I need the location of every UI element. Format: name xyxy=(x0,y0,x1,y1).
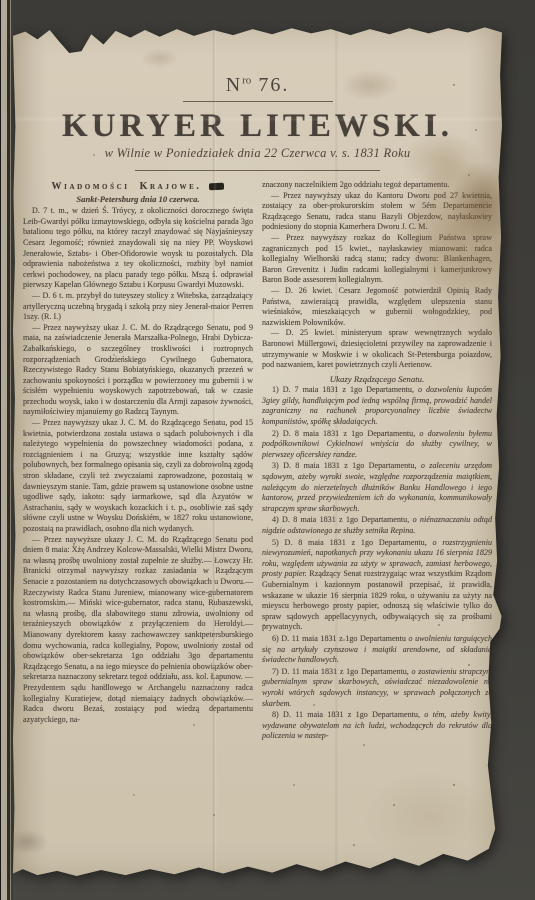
ink-blot-icon xyxy=(209,183,224,191)
ukaz-lead: 7) D. 11 maia 1831 z 1go Departamentu, xyxy=(272,667,412,676)
ukaz-item: 5) D. 8 maia 1831 z 1go Departamentu, o … xyxy=(262,538,492,633)
ukaz-lead: 4) D. 8 maia 1831 z 1go Departamentu, xyxy=(272,515,413,524)
newspaper-page: Nro 76. KURYER LITEWSKI. w Wilnie w Poni… xyxy=(13,24,502,876)
ukaz-lead: 6) D. 11 maia 1831 z 1go Departamentu xyxy=(272,634,408,643)
paper-specks xyxy=(13,24,15,26)
ukaz-item: 4) D. 8 maia 1831 z 1go Departamentu, o … xyxy=(262,515,492,536)
issue-number: Nro 76. xyxy=(13,74,502,97)
ukaz-lead: 5) D. 8 maia 1831 z 1go Departamentu, xyxy=(272,538,433,547)
section-header: Wiadomości Krajowe. xyxy=(23,182,253,193)
news-paragraph: znaczony naczelnikiem 2go oddziału tegoż… xyxy=(262,180,492,191)
ukaz-lead: 1) D. 7 maia 1831 z 1go Departamentu, xyxy=(272,385,418,394)
news-paragraph: D. 7 t. m., w dzień Ś. Tróycy, z okolicz… xyxy=(23,206,253,291)
section-header-label: Wiadomości Krajowe. xyxy=(52,181,202,192)
article-dateline: Sankt-Petersburg dnia 10 czerwca. xyxy=(23,194,253,205)
book-binding-edge xyxy=(0,0,13,900)
issue-value: 76. xyxy=(251,74,289,96)
right-column: znaczony naczelnikiem 2go oddziału tegoż… xyxy=(262,180,492,742)
ukaz-tail: Rządzący Senat rozstrzygaiąc wraz wszyst… xyxy=(262,569,492,631)
news-paragraph: — Przez naywyższy ukaz do Kantoru Dworu … xyxy=(262,191,492,233)
issue-superscript: ro xyxy=(242,74,251,86)
ukaz-item: 7) D. 11 maia 1831 z 1go Departamentu, o… xyxy=(262,667,492,709)
ukaz-item: 1) D. 7 maia 1831 z 1go Departamentu, o … xyxy=(262,385,492,427)
ukaz-item: 8) D. 11 maia 1831 z 1go Departamentu, o… xyxy=(262,710,492,742)
news-paragraph: — D. 6 t. m. przybył do tuteyszey stolic… xyxy=(23,291,253,323)
news-paragraph: — Przez naywyższy ukaz J. C. M. do Rządz… xyxy=(23,323,253,418)
left-column: Wiadomości Krajowe. Sankt-Petersburg dni… xyxy=(23,180,253,742)
masthead-dateline: w Wilnie w Poniedziałek dnia 22 Czerwca … xyxy=(13,146,502,161)
news-paragraph: — Przez naywyższy rozkaz do Kollegium Pa… xyxy=(262,233,492,286)
ukazy-section-header: Ukazy Rządzącego Senatu. xyxy=(262,374,492,385)
ukaz-lead: 2) D. 8 maia 1831 z 1go Departamentu, xyxy=(272,429,419,438)
masthead-title: KURYER LITEWSKI. xyxy=(13,108,502,144)
news-paragraph: — Przez naywyższe ukazy J. C. M. do Rząd… xyxy=(23,535,253,726)
ukaz-item: 6) D. 11 maia 1831 z 1go Departamentu o … xyxy=(262,634,492,666)
news-paragraph: — D. 25 kwiet. ministeryum spraw wewnętr… xyxy=(262,328,492,370)
issue-prefix: N xyxy=(226,74,242,96)
news-paragraph: — D. 26 kwiet. Cesarz Jegomość potwierdz… xyxy=(262,286,492,328)
masthead: Nro 76. KURYER LITEWSKI. w Wilnie w Poni… xyxy=(13,24,502,171)
ukaz-lead: 3) D. 8 maia 1831 z 1go Departamentu, xyxy=(272,461,421,470)
ukaz-lead: 8) D. 11 maia 1831 z 1go Departamentu, xyxy=(272,710,424,719)
masthead-divider-bottom xyxy=(135,170,380,171)
text-columns: Wiadomości Krajowe. Sankt-Petersburg dni… xyxy=(13,180,502,742)
scan-background: Nro 76. KURYER LITEWSKI. w Wilnie w Poni… xyxy=(0,0,535,900)
ukaz-item: 3) D. 8 maia 1831 z 1go Departamentu, o … xyxy=(262,461,492,514)
paper-wrap: Nro 76. KURYER LITEWSKI. w Wilnie w Poni… xyxy=(13,24,502,876)
masthead-divider xyxy=(183,101,333,102)
news-paragraph: — Przez naywyższy ukaz J. C. M. do Rządz… xyxy=(23,418,253,535)
ukaz-item: 2) D. 8 maia 1831 z 1go Departamentu, o … xyxy=(262,429,492,461)
